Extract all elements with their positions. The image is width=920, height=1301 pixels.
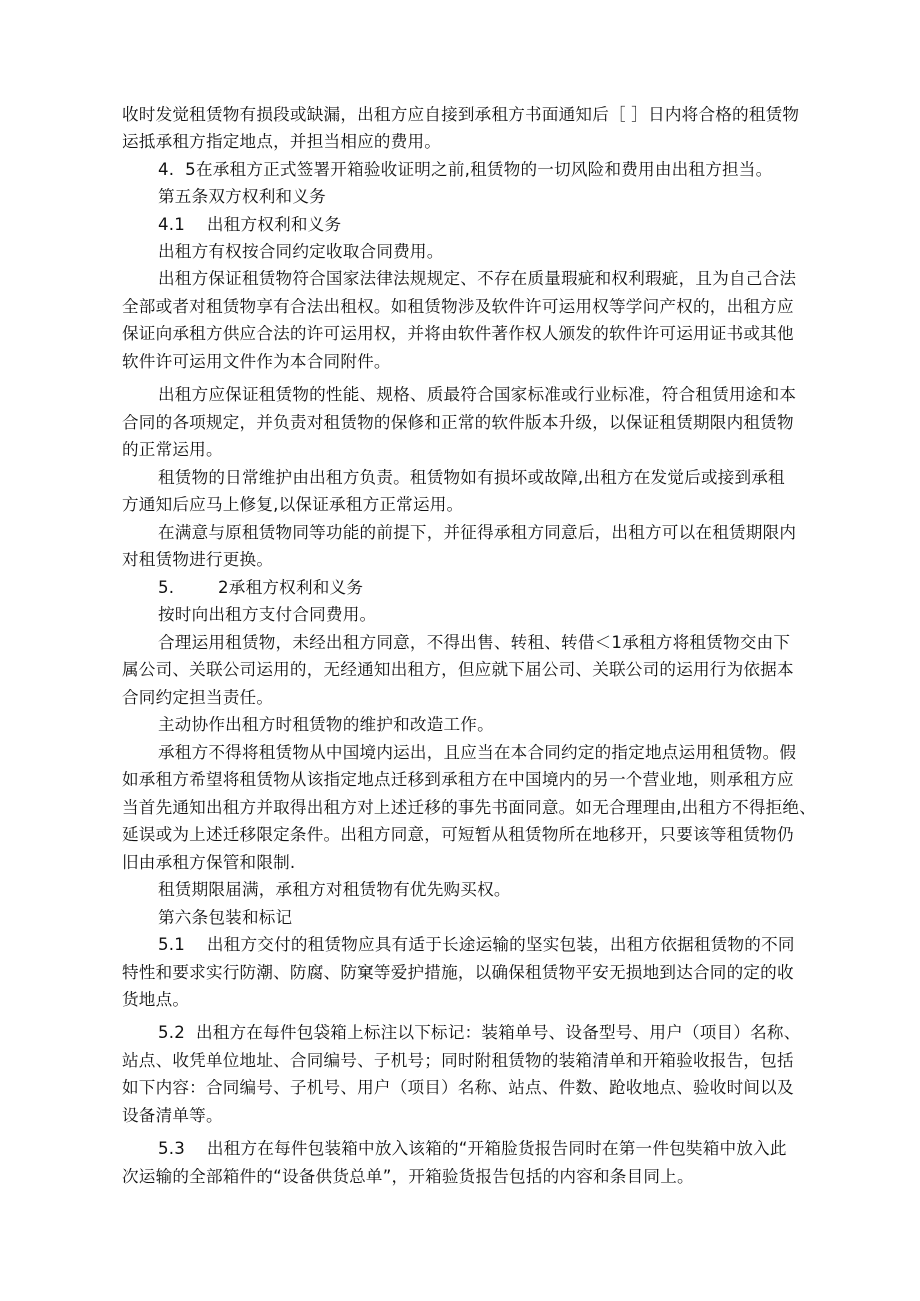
subsection-heading: 4.1 出租方权利和义务 (158, 212, 341, 238)
document-page: 收时发觉租赁物有损段或缺漏，出租方应自接到承租方书面通知后［ ］日内将合格的租赁… (0, 0, 920, 1301)
section-heading: 第五条双方权利和义务 (158, 184, 326, 210)
text-line: 对租赁物进行更换。 (122, 547, 273, 573)
text-line: 的正常运用。 (122, 437, 223, 463)
text-line: 5.3 出租方在每件包装箱中放入该箱的“开箱脸货报告同时在第一件包奘箱中放入此 (158, 1136, 787, 1162)
text-line: 主动协作出租方时租赁物的维护和改造工作。 (158, 712, 494, 738)
text-line: 出租方应保证租赁物的性能、规格、质最符合国家标准或行业标准，符合租赁用途和本 (158, 382, 796, 408)
text-line: 合同约定担当责任。 (122, 685, 273, 711)
subsection-heading: 5. 2承租方权利和义务 (158, 575, 363, 601)
text-line: 4. 5在承租方正式签署开箱验收证明之前,租赁物的一切风险和费用由出租方担当。 (158, 157, 772, 183)
text-line: 运抵承租方指定地点，并担当相应的费用。 (122, 129, 441, 155)
text-line: 在满意与原租赁物同等功能的前提下，并征得承租方同意后，出租方可以在租赁期限内 (158, 520, 796, 546)
text-line: 出租方保证租赁物符合国家法律法规规定、不存在质量瑕疵和权利瑕疵，且为自己合法 (158, 266, 796, 292)
text-line: 保证向承租方供应合法的许可运用权，并将由软件著作权人颁发的软件许可运用证书或其他 (122, 321, 794, 347)
text-line: 出租方有权按合同约定收取合同费用。 (158, 239, 444, 265)
text-line: 当首先通知出租方并取得出租方对上述迁移的事先书面同意。如无合理理由,出租方不得拒… (122, 795, 816, 821)
text-line: 按时向出租方支付合同费用。 (158, 602, 376, 628)
text-line: 旧由承租方保管和限制. (122, 850, 295, 876)
text-line: 全部或者对租赁物享有合法出租权。如租赁物涉及软件许可运用权等学问产权的，出租方应 (122, 294, 794, 320)
text-line: 软件许可运用文件作为本合同附件。 (122, 349, 391, 375)
text-line: 租赁期限届满，承租方对租赁物有优先购买权。 (158, 877, 511, 903)
text-line: 5.2 出租方在每件包袋箱上标注以下标记：装箱单号、设备型号、用户（项目）名称、 (158, 1020, 801, 1046)
text-line: 收时发觉租赁物有损段或缺漏，出租方应自接到承租方书面通知后［ ］日内将合格的租赁… (122, 102, 799, 128)
text-line: 合理运用租赁物，未经出租方同意，不得出售、转租、转借＜1承租方将租赁物交由下 (158, 630, 790, 656)
text-line: 5.1 出租方交付的租赁物应具有适于长途运输的坚实包装，出租方依据租赁物的不同 (158, 932, 795, 958)
text-line: 延误或为上述迁移限定条件。出租方同意，可短暂从租赁物所在地移开，只要该等租赁物仍 (122, 822, 794, 848)
text-line: 属公司、关联公司运用的，无经通知出租方，但应就下届公司、关联公司的运用行为依据本 (122, 657, 794, 683)
text-line: 如承租方希望将租赁物从该指定地点迁移到承租方在中国境内的另一个营业地，则承租方应 (122, 767, 794, 793)
text-line: 设备清单等。 (122, 1103, 223, 1129)
text-line: 次运输的全部箱件的“设备供货总单”，开箱验货报告包括的内容和条目同上。 (122, 1164, 694, 1190)
text-line: 租赁物的日常维护由出租方负责。租赁物如有损坏或故障,出租方在发觉后或接到承租 (158, 465, 785, 491)
text-line: 方通知后应马上修复,以保证承租方正常运用。 (122, 492, 463, 518)
text-line: 如下内容：合同编号、子机号、用户（项目）名称、站点、件数、跄收地点、验收时间以及 (122, 1075, 794, 1101)
text-line: 合同的各项规定，并负责对租赁物的保修和正常的软件版本升级，以保证租赁期限内租赁物 (122, 410, 794, 436)
text-line: 承租方不得将租赁物从中国境内运出，且应当在本合同约定的指定地点运用租赁物。假 (158, 740, 796, 766)
text-line: 货地点。 (122, 987, 189, 1013)
text-line: 站点、收凭单位地址、合同编号、子机号；同时附租赁物的装箱清单和开箱验收报告，包括 (122, 1048, 794, 1074)
text-line: 特性和要求实行防潮、防腐、防窠等爱护措施，以确保租赁物平安无损地到达合同的定的收 (122, 960, 794, 986)
section-heading: 第六条包装和标记 (158, 905, 292, 931)
